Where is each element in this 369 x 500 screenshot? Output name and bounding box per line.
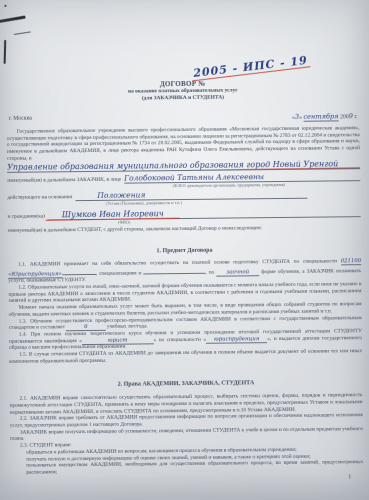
page-number: 1 [348,473,351,480]
section2-title: 2. Права АКАДЕМИИ, ЗАКАЗЧИКА, СТУДЕНТА [9,380,362,390]
date-year-prefix: 200 [340,114,349,120]
city-label: г. Москва [9,116,32,124]
basis-lead-label: действующего на основании [7,194,75,201]
date-close-quote: » [299,115,302,121]
clause-1-4-specialty-handwritten: юриспруденция [206,336,267,344]
student-right-item: пользоваться имуществом АКАДЕМИИ, необхо… [10,459,363,476]
customer-lead-label: именуемый(ая) в дальнейшем ЗАКАЗЧИК, в л… [7,176,124,184]
basis-handwritten: Положения [75,190,167,201]
clause-1-4-mid: » по специальности « [153,336,206,343]
clause-1-1-form-handwritten: заочной [216,269,259,276]
document-sheet: ДОГОВОР № 2005 - ИПС - 19 на оказание пл… [0,0,369,500]
basis-blank [167,190,307,199]
date-month-handwritten: сентября [303,112,338,121]
clause-1-1-blank-1 [62,268,96,275]
citizen-lead-label: и гражданин(ка) [8,213,48,220]
clause-1-5: 1.5. В случае отчисления СТУДЕНТА из АКА… [9,348,362,365]
document-body: Государственное образовательное учрежден… [7,125,364,476]
preamble-closing: именуемый(ая) в дальнейшем СТУДЕНТ, с др… [8,224,361,234]
date-year-digit-handwritten: 9 [349,112,353,120]
clause-1-1-mid: , специализациям и [96,270,142,276]
pen-mark-stroke-3 [4,40,7,64]
clause-1-1-blank-2 [143,266,205,274]
pen-mark-dot [4,5,6,7]
citizen-name-handwritten: Шумков Иван Игоревич [48,209,178,220]
pen-mark-stroke-1 [0,16,26,23]
clause-1-3-tail: учебных лет/года. [107,324,148,330]
pen-mark-stroke-2 [14,31,31,35]
date-suffix: г. [354,114,357,120]
section1-title: 1. Предмет Договора [8,246,361,256]
customer-name-blank [264,173,360,182]
photographed-contract-page: ДОГОВОР № 2005 - ИПС - 19 на оказание пл… [0,0,369,500]
document-header: ДОГОВОР № 2005 - ИПС - 19 на оказание пл… [0,78,367,104]
contract-number-handwritten: 2005 - ИПС - 19 [193,54,309,80]
dateline: г. Москва «3» сентября 2009 г. [9,112,358,124]
clause-1-1-by: , по [205,269,214,275]
date-field: «3» сентября 2009 г. [292,112,358,121]
student-rights-list: обращаться к работникам АКАДЕМИИ по вопр… [10,446,363,477]
preamble-academy: Государственное образовательное учрежден… [7,125,360,162]
